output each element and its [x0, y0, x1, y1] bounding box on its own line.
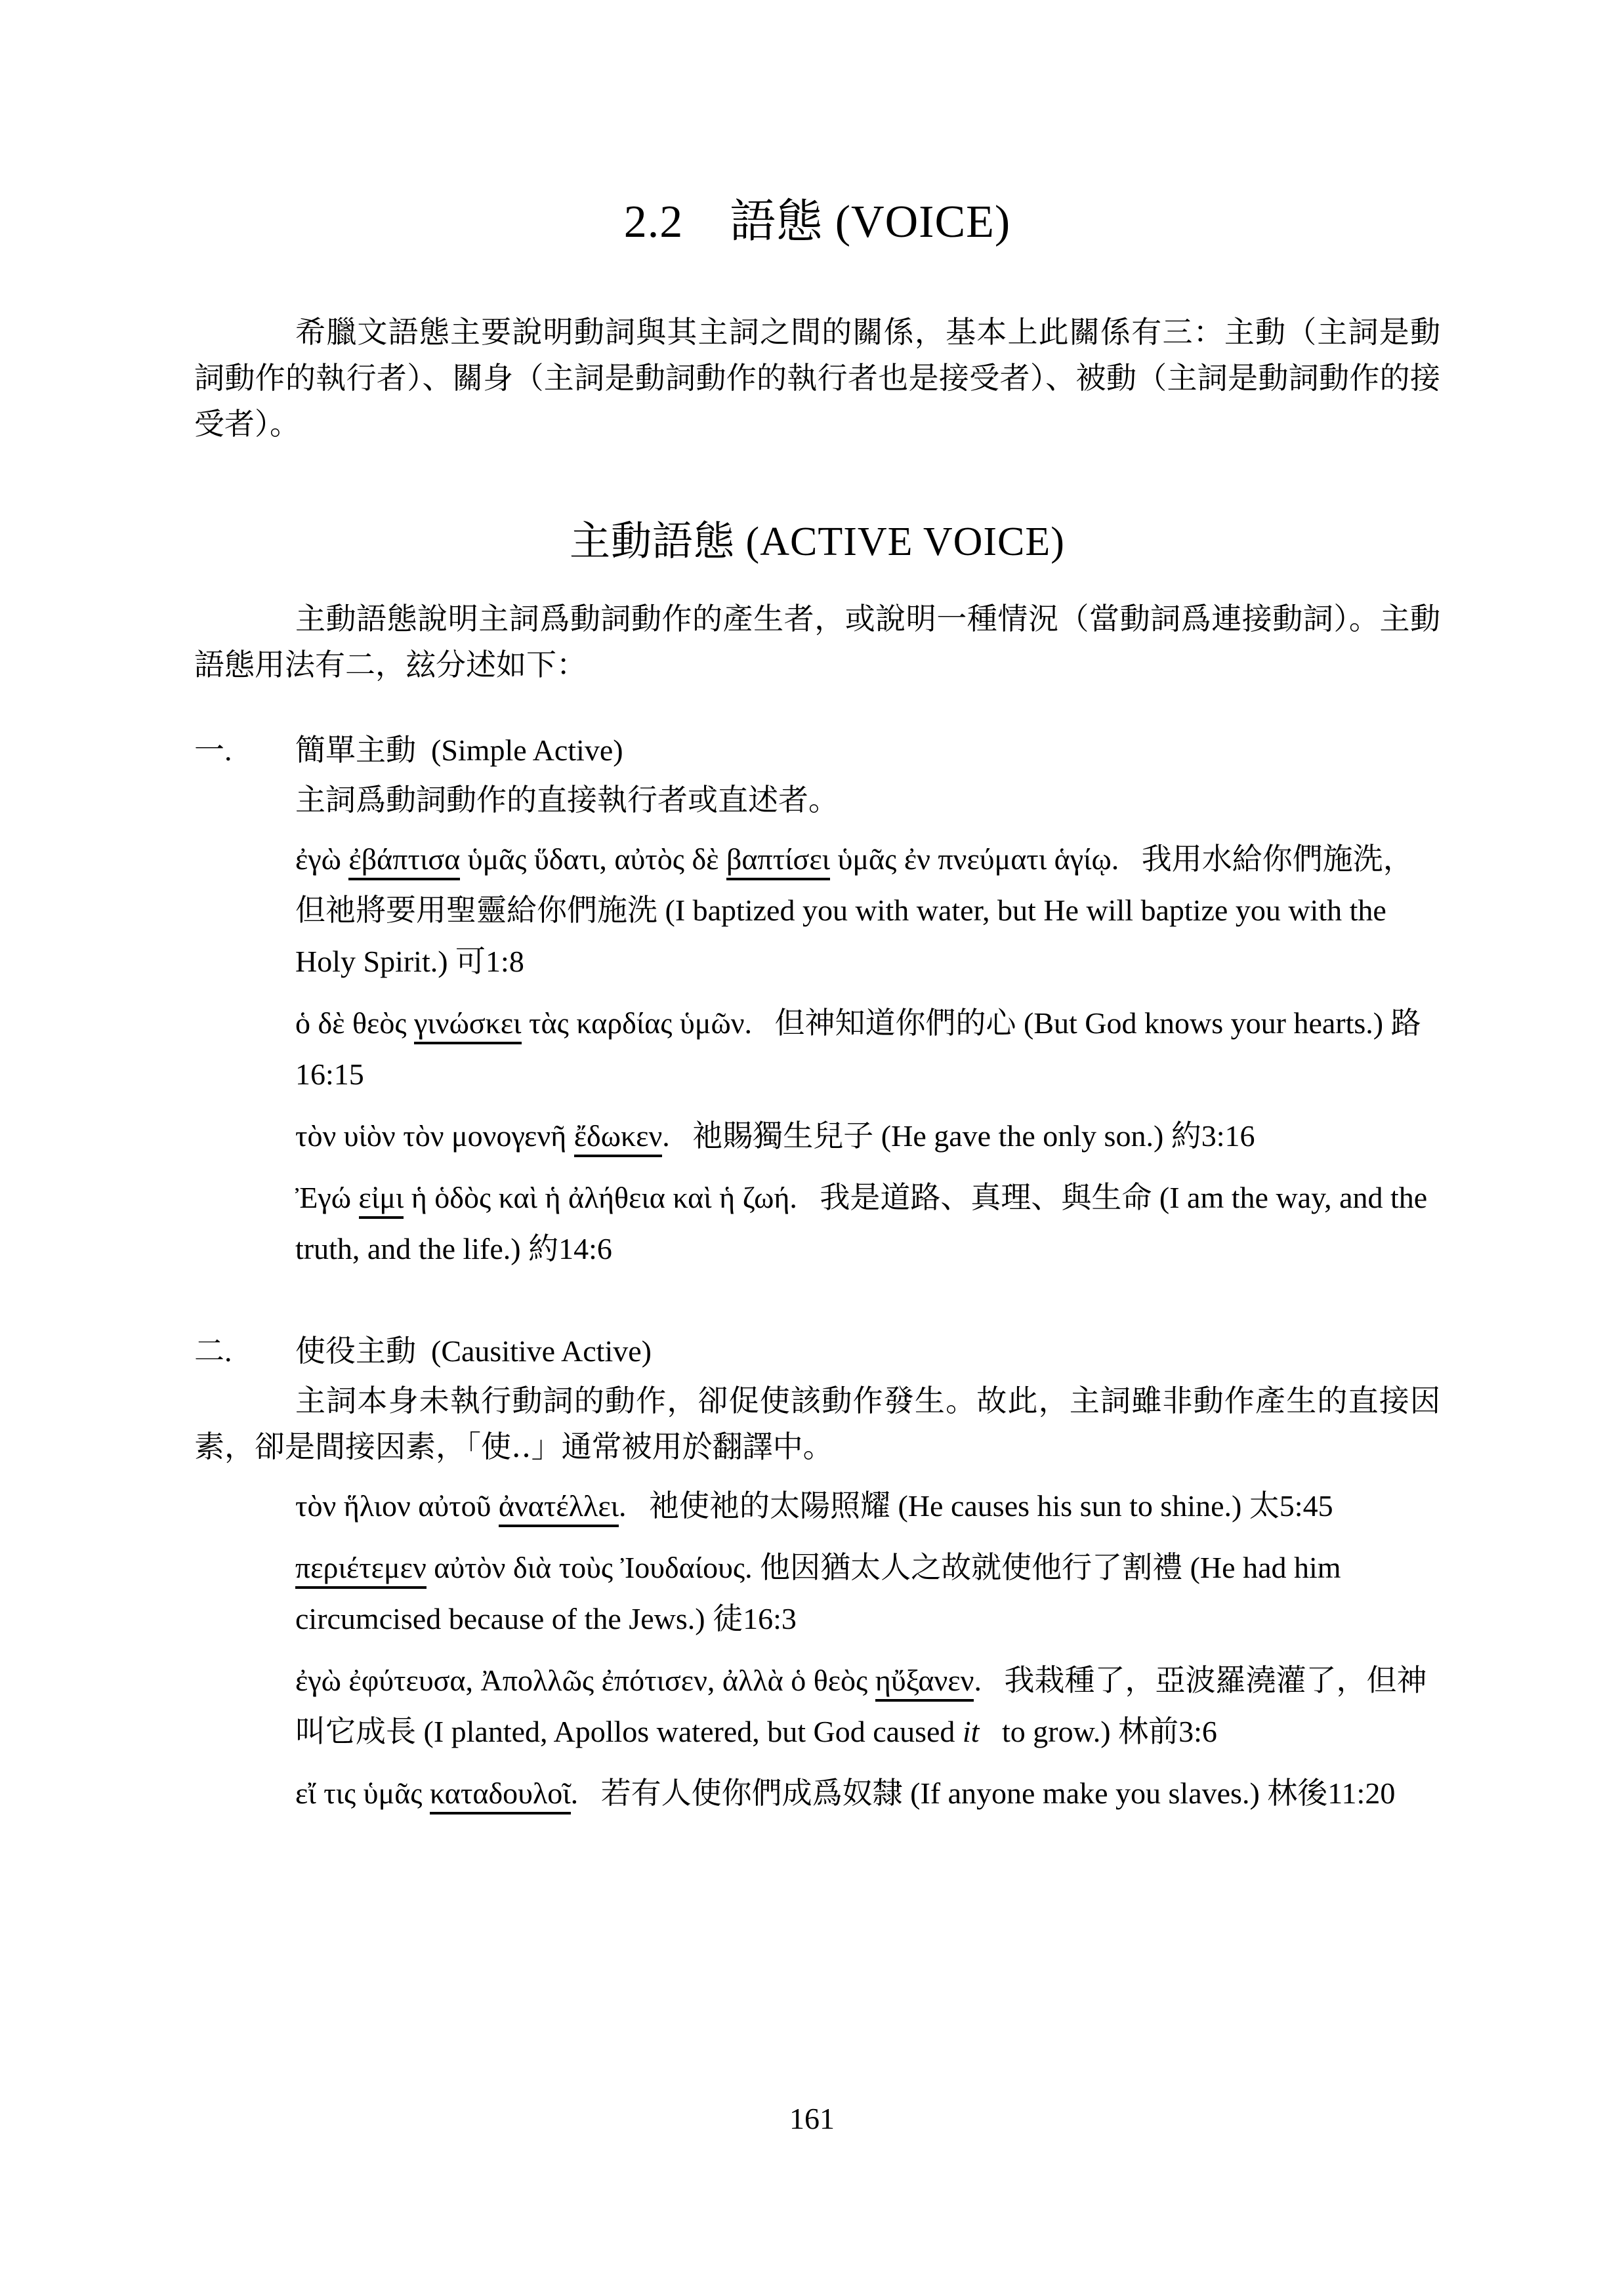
page-title: 2.2 語態 (VOICE) — [194, 196, 1440, 249]
item-title: 簡單主動 (Simple Active) — [295, 733, 623, 767]
text-segment: αὐτὸν διὰ τοὺς Ἰουδαίους. 他因猶太人之故就使他行了割禮… — [295, 1551, 1341, 1635]
item-description: 主詞爲動詞動作的直接執行者或直述者。 — [194, 777, 1440, 823]
text-segment: to grow.) 林前3:6 — [979, 1715, 1217, 1748]
item-number: 二. — [194, 1326, 295, 1377]
item-simple-active: 一.簡單主動 (Simple Active) 主詞爲動詞動作的直接執行者或直述者… — [194, 725, 1440, 1275]
active-voice-heading: 主動語態 (ACTIVE VOICE) — [194, 514, 1440, 570]
document-page: 2.2 語態 (VOICE) 希臘文語態主要說明動詞與其主詞之間的關係，基本上此… — [0, 0, 1624, 2296]
text-segment: ἐγὼ ἐφύτευσα, Ἀπολλῶς ἐπότισεν, ἀλλὰ ὁ θ… — [295, 1664, 875, 1697]
underlined-greek-word: ηὔξανεν — [875, 1664, 974, 1702]
text-segment: ἡ ὁδὸς καὶ ἡ ἀλήθεια καὶ ἡ ζωή. 我是道路、真理、… — [295, 1181, 1427, 1265]
underlined-greek-word: ἀνατέλλει — [499, 1489, 619, 1527]
item-description: 主詞本身未執行動詞的動作，卻促使該動作發生。故此，主詞雖非動作產生的直接因素，卻… — [194, 1378, 1440, 1470]
item-heading-simple-active: 一.簡單主動 (Simple Active) — [194, 725, 1440, 776]
item-title: 使役主動 (Causitive Active) — [295, 1334, 652, 1368]
underlined-greek-word: βαπτίσει — [726, 842, 830, 880]
page-number: 161 — [0, 2101, 1624, 2137]
text-segment: ἐγὼ — [295, 842, 348, 876]
underlined-greek-word: καταδουλοῖ — [430, 1776, 571, 1814]
text-segment: . 祂使祂的太陽照耀 (He causes his sun to shine.)… — [619, 1489, 1333, 1523]
underlined-greek-word: ἔδωκεν — [574, 1119, 663, 1157]
intro-paragraph: 希臘文語態主要說明動詞與其主詞之間的關係，基本上此關係有三：主動（主詞是動詞動作… — [194, 310, 1440, 447]
example-greek-sentence: τὸν υἱὸν τὸν μονογενῆ ἔδωκεν. 祂賜獨生兒子 (He… — [295, 1111, 1440, 1162]
text-segment: . 祂賜獨生兒子 (He gave the only son.) 約3:16 — [662, 1119, 1255, 1153]
example-greek-sentence: τὸν ἥλιον αὐτοῦ ἀνατέλλει. 祂使祂的太陽照耀 (He … — [295, 1481, 1440, 1532]
text-segment: εἴ τις ὑμᾶς — [295, 1776, 430, 1810]
text-segment: . 若有人使你們成爲奴隸 (If anyone make you slaves.… — [571, 1776, 1396, 1810]
text-segment: ὑμᾶς ὕδατι, αὐτὸς δὲ — [460, 842, 726, 876]
underlined-greek-word: ἐβάπτισα — [348, 842, 460, 880]
item-heading-causitive-active: 二.使役主動 (Causitive Active) — [194, 1326, 1440, 1377]
text-segment: τὸν υἱὸν τὸν μονογενῆ — [295, 1119, 574, 1153]
active-voice-intro: 主動語態說明主詞爲動詞動作的產生者，或說明一種情況（當動詞爲連接動詞）。主動語態… — [194, 596, 1440, 688]
example-greek-sentence: ὁ δὲ θεὸς γινώσκει τὰς καρδίας ὑμῶν. 但神知… — [295, 998, 1440, 1100]
text-segment: ὁ δὲ θεὸς — [295, 1006, 414, 1040]
item-number: 一. — [194, 725, 295, 776]
example-greek-sentence: περιέτεμεν αὐτὸν διὰ τοὺς Ἰουδαίους. 他因猶… — [295, 1542, 1440, 1645]
example-greek-sentence: εἴ τις ὑμᾶς καταδουλοῖ. 若有人使你們成爲奴隸 (If a… — [295, 1768, 1440, 1819]
text-segment: Ἐγώ — [295, 1181, 359, 1214]
underlined-greek-word: γινώσκει — [414, 1006, 521, 1044]
italic-word: it — [963, 1715, 980, 1748]
item-causitive-active: 二.使役主動 (Causitive Active) 主詞本身未執行動詞的動作，卻… — [194, 1326, 1440, 1819]
text-segment: τὸν ἥλιον αὐτοῦ — [295, 1489, 499, 1523]
underlined-greek-word: περιέτεμεν — [295, 1551, 427, 1589]
example-greek-sentence: ἐγὼ ἐβάπτισα ὑμᾶς ὕδατι, αὐτὸς δὲ βαπτίσ… — [295, 834, 1440, 987]
example-greek-sentence: Ἐγώ εἰμι ἡ ὁδὸς καὶ ἡ ἀλήθεια καὶ ἡ ζωή.… — [295, 1172, 1440, 1275]
example-greek-sentence: ἐγὼ ἐφύτευσα, Ἀπολλῶς ἐπότισεν, ἀλλὰ ὁ θ… — [295, 1655, 1440, 1757]
underlined-greek-word: εἰμι — [359, 1181, 404, 1219]
